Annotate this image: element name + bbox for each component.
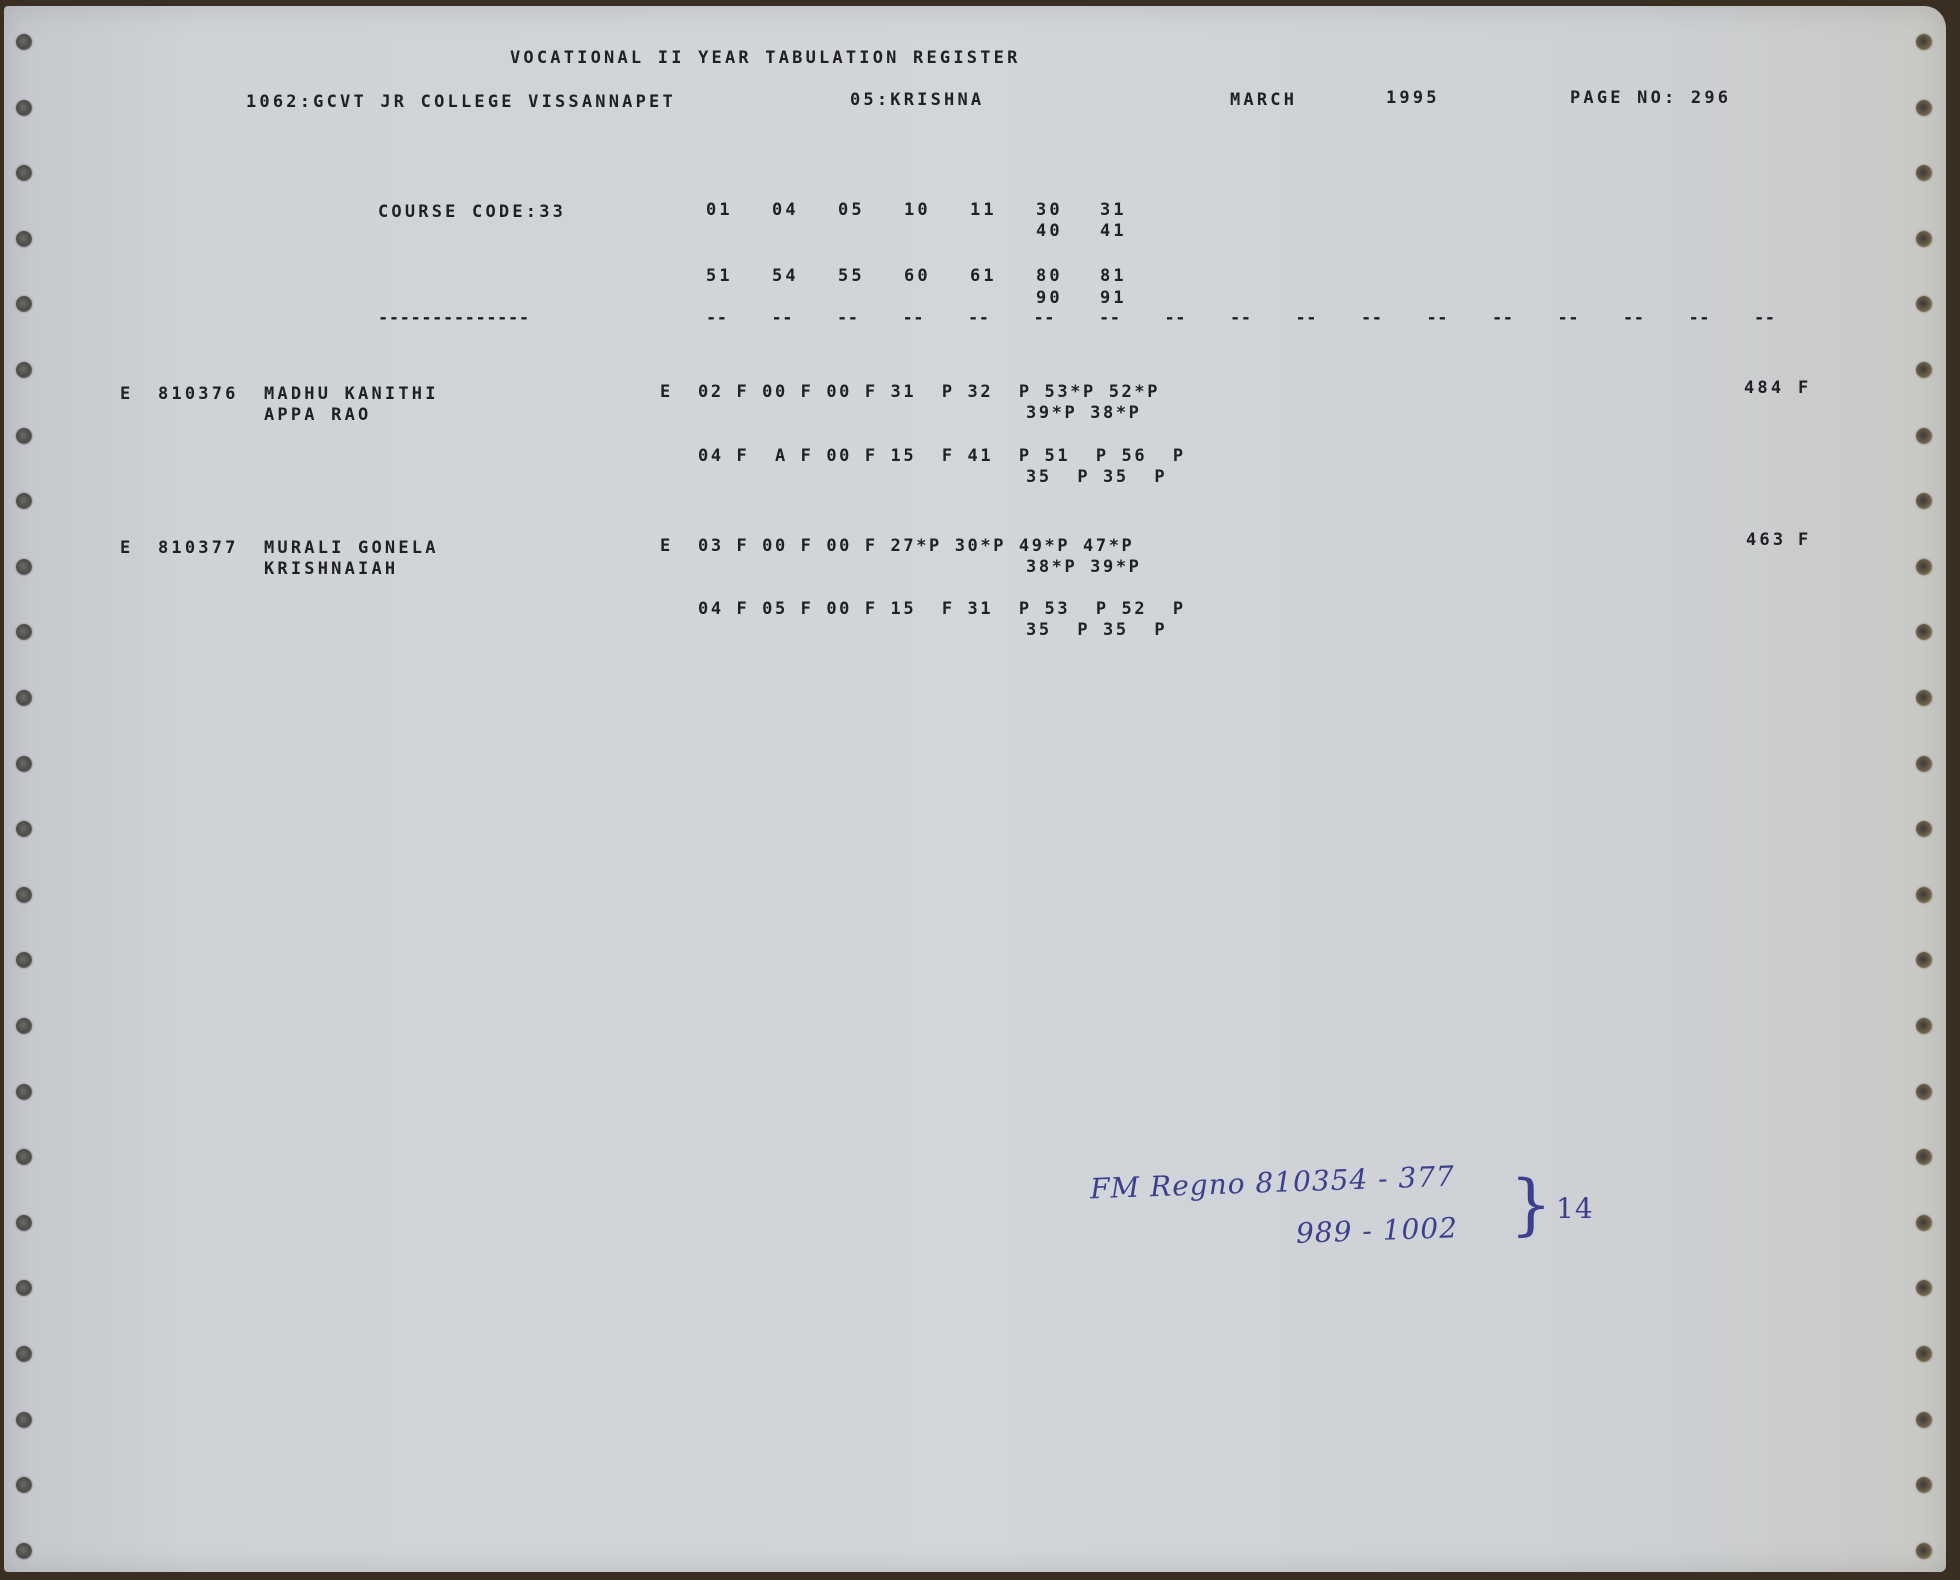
perforation-hole (1916, 1084, 1932, 1100)
page-number: PAGE NO: 296 (1570, 88, 1731, 108)
separator-dash: -- (1689, 308, 1710, 328)
perforation-hole (1916, 1543, 1932, 1559)
separator-dash: -- (1230, 308, 1251, 328)
perforation-hole (16, 1280, 32, 1296)
perforation-hole (1916, 34, 1932, 50)
separator-dash: -- (1754, 308, 1775, 328)
perforation-hole (1916, 1149, 1932, 1165)
marks-row-1-sub: 38*P 39*P (1026, 557, 1142, 577)
college-name: 1062:GCVT JR COLLEGE VISSANNAPET (246, 92, 676, 112)
marks-row-2: 04 F A F 00 F 15 F 41 P 51 P 56 P (698, 446, 1186, 466)
subject-code: 80 (1036, 266, 1063, 286)
student-total: 463 (1746, 530, 1786, 550)
separator-dash: -- (1558, 308, 1579, 328)
perforation-hole (1916, 624, 1932, 640)
subject-code: 01 (706, 200, 733, 220)
perforation-hole (1916, 690, 1932, 706)
student-result: F (1798, 378, 1811, 398)
student-total: 484 (1744, 378, 1784, 398)
separator-dash: -- (903, 308, 924, 328)
separator-dash: -- (1427, 308, 1448, 328)
perforation-hole (1916, 887, 1932, 903)
handwritten-line-2: 989 - 1002 (1295, 1211, 1458, 1250)
subject-code: 51 (706, 266, 733, 286)
exam-month: MARCH (1230, 90, 1297, 110)
perforation-hole (16, 887, 32, 903)
subject-code: 61 (970, 266, 997, 286)
separator-dash: -- (837, 308, 858, 328)
perforation-hole (16, 1018, 32, 1034)
separator-dash: -- (1165, 308, 1186, 328)
perforation-hole (1916, 231, 1932, 247)
subject-code: 81 (1100, 266, 1127, 286)
perforation-hole (1916, 1215, 1932, 1231)
separator-dash: -- (1623, 308, 1644, 328)
separator-dash: -- (1034, 308, 1055, 328)
student-reg-no: 810376 (158, 384, 239, 404)
perforation-hole (1916, 952, 1932, 968)
perforation-hole (16, 34, 32, 50)
exam-year: 1995 (1386, 88, 1440, 108)
separator-dash: -- (706, 308, 727, 328)
perforation-hole (1916, 559, 1932, 575)
student-category: E (120, 384, 133, 404)
subject-code: 04 (772, 200, 799, 220)
perforation-hole (1916, 296, 1932, 312)
perforation-hole (16, 428, 32, 444)
separator-dash: -- (968, 308, 989, 328)
marks-row-1: 02 F 00 F 00 F 31 P 32 P 53*P 52*P (698, 382, 1160, 402)
subject-code: 31 (1100, 200, 1127, 220)
separator-dash: -- (1492, 308, 1513, 328)
subject-code: 40 (1036, 221, 1063, 241)
subject-code: 91 (1100, 288, 1127, 308)
perforation-hole (1916, 428, 1932, 444)
perforation-hole (16, 1084, 32, 1100)
marks-row-2-sub: 35 P 35 P (1026, 467, 1167, 487)
perforation-hole (16, 1215, 32, 1231)
handwritten-line-1: FM Regno 810354 - 377 (1090, 1160, 1456, 1206)
register-title: VOCATIONAL II YEAR TABULATION REGISTER (510, 48, 1021, 68)
separator-dash: -- (1099, 308, 1120, 328)
course-code-label: COURSE CODE:33 (378, 202, 566, 222)
perforation-hole (16, 362, 32, 378)
separator-dash: -- (772, 308, 793, 328)
perforation-hole (16, 1477, 32, 1493)
perforation-hole (16, 756, 32, 772)
subject-code: 41 (1100, 221, 1127, 241)
perforation-hole (1916, 1346, 1932, 1362)
perforation-hole (16, 952, 32, 968)
perforation-hole (16, 1543, 32, 1559)
perforation-hole (16, 493, 32, 509)
perforation-hole (1916, 1280, 1932, 1296)
subject-code: 60 (904, 266, 931, 286)
separator-line: -------------- (378, 308, 530, 328)
handwritten-count: 14 (1556, 1192, 1594, 1225)
perforation-hole (1916, 1477, 1932, 1493)
perforation-hole (16, 624, 32, 640)
perforation-hole (1916, 821, 1932, 837)
perforation-hole (1916, 100, 1932, 116)
perforation-hole (16, 100, 32, 116)
student-name: MURALI GONELA (264, 538, 439, 558)
perforation-hole (1916, 1412, 1932, 1428)
perforation-hole (16, 165, 32, 181)
student-medium: E (660, 382, 673, 402)
perforation-hole (16, 1412, 32, 1428)
perforation-hole (16, 296, 32, 312)
perforation-hole (1916, 1018, 1932, 1034)
subject-code: 55 (838, 266, 865, 286)
perforation-hole (1916, 756, 1932, 772)
student-name-line2: APPA RAO (264, 405, 371, 425)
student-reg-no: 810377 (158, 538, 239, 558)
perforation-hole (16, 690, 32, 706)
tabulation-sheet: VOCATIONAL II YEAR TABULATION REGISTER 1… (4, 6, 1946, 1572)
student-category: E (120, 538, 133, 558)
handwritten-brace: } (1510, 1172, 1552, 1238)
perforation-hole (1916, 493, 1932, 509)
subject-code: 05 (838, 200, 865, 220)
student-name-line2: KRISHNAIAH (264, 559, 398, 579)
subject-code: 11 (970, 200, 997, 220)
perforation-hole (1916, 362, 1932, 378)
student-result: F (1798, 530, 1811, 550)
marks-row-1-sub: 39*P 38*P (1026, 403, 1142, 423)
district-name: 05:KRISHNA (850, 90, 984, 110)
perforation-hole (1916, 165, 1932, 181)
perforation-hole (16, 559, 32, 575)
marks-row-2-sub: 35 P 35 P (1026, 620, 1167, 640)
subject-code: 54 (772, 266, 799, 286)
perforation-hole (16, 1149, 32, 1165)
marks-row-2: 04 F 05 F 00 F 15 F 31 P 53 P 52 P (698, 599, 1186, 619)
perforation-hole (16, 821, 32, 837)
student-name: MADHU KANITHI (264, 384, 439, 404)
subject-code: 30 (1036, 200, 1063, 220)
separator-dash: -- (1361, 308, 1382, 328)
student-medium: E (660, 536, 673, 556)
subject-code: 90 (1036, 288, 1063, 308)
perforation-hole (16, 1346, 32, 1362)
subject-code: 10 (904, 200, 931, 220)
separator-dash: -- (1296, 308, 1317, 328)
marks-row-1: 03 F 00 F 00 F 27*P 30*P 49*P 47*P (698, 536, 1134, 556)
perforation-hole (16, 231, 32, 247)
